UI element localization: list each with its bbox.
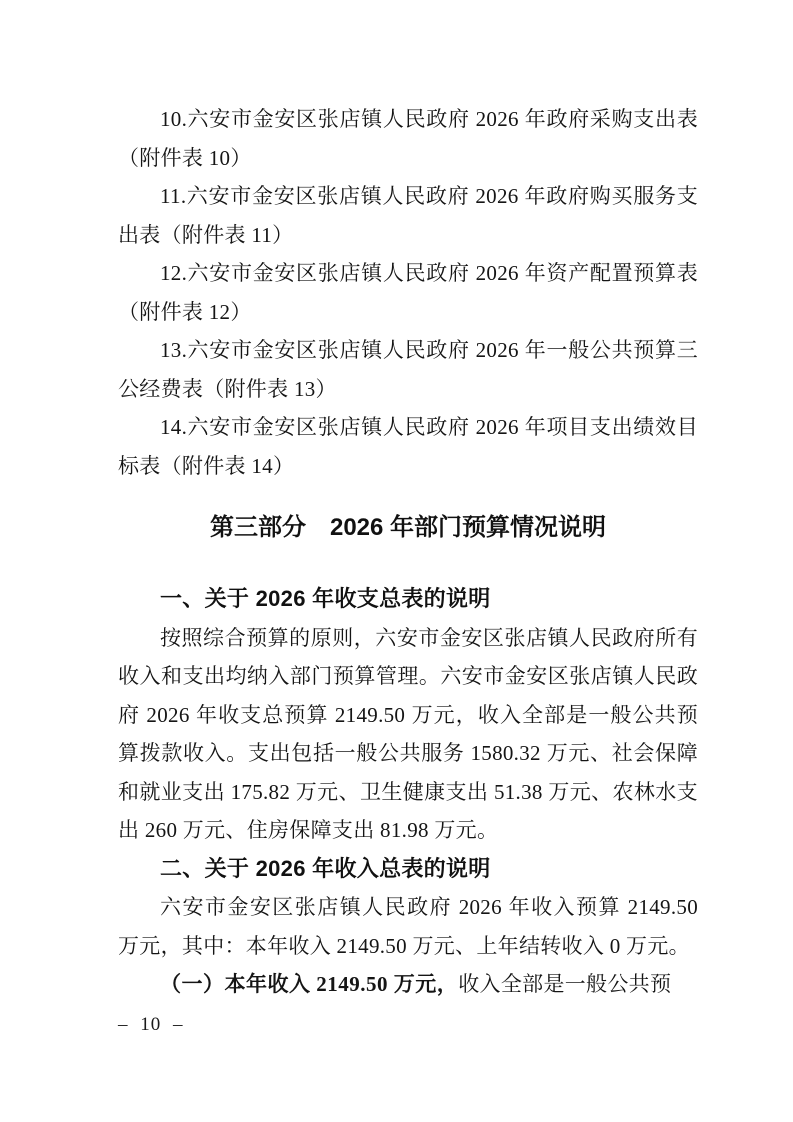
section-title: 第三部分 2026 年部门预算情况说明	[118, 508, 698, 548]
paragraph-income-overview: 六安市金安区张店镇人民政府 2026 年收入预算 2149.50 万元，其中：本…	[118, 888, 698, 965]
subheading-income-overview: 二、关于 2026 年收入总表的说明	[118, 850, 698, 889]
attachment-list-item-14: 14.六安市金安区张店镇人民政府 2026 年项目支出绩效目标表（附件表 14）	[118, 408, 698, 485]
paragraph-current-year-income: （一）本年收入 2149.50 万元，收入全部是一般公共预	[118, 965, 698, 1004]
attachment-list-item-13: 13.六安市金安区张店镇人民政府 2026 年一般公共预算三公经费表（附件表 1…	[118, 331, 698, 408]
attachment-list-item-11: 11.六安市金安区张店镇人民政府 2026 年政府购买服务支出表（附件表 11）	[118, 177, 698, 254]
attachment-list-item-10: 10.六安市金安区张店镇人民政府 2026 年政府采购支出表（附件表 10）	[118, 100, 698, 177]
subheading-income-expense-overview: 一、关于 2026 年收支总表的说明	[118, 580, 698, 619]
page-number: – 10 –	[118, 1012, 184, 1038]
current-year-income-bold-lead: （一）本年收入 2149.50 万元，	[160, 972, 458, 996]
attachment-list-item-12: 12.六安市金安区张店镇人民政府 2026 年资产配置预算表（附件表 12）	[118, 254, 698, 331]
document-page: 10.六安市金安区张店镇人民政府 2026 年政府采购支出表（附件表 10） 1…	[0, 0, 793, 1122]
document-content: 10.六安市金安区张店镇人民政府 2026 年政府采购支出表（附件表 10） 1…	[118, 100, 698, 1004]
current-year-income-rest: 收入全部是一般公共预	[458, 972, 671, 996]
paragraph-income-expense-overview: 按照综合预算的原则，六安市金安区张店镇人民政府所有收入和支出均纳入部门预算管理。…	[118, 619, 698, 850]
